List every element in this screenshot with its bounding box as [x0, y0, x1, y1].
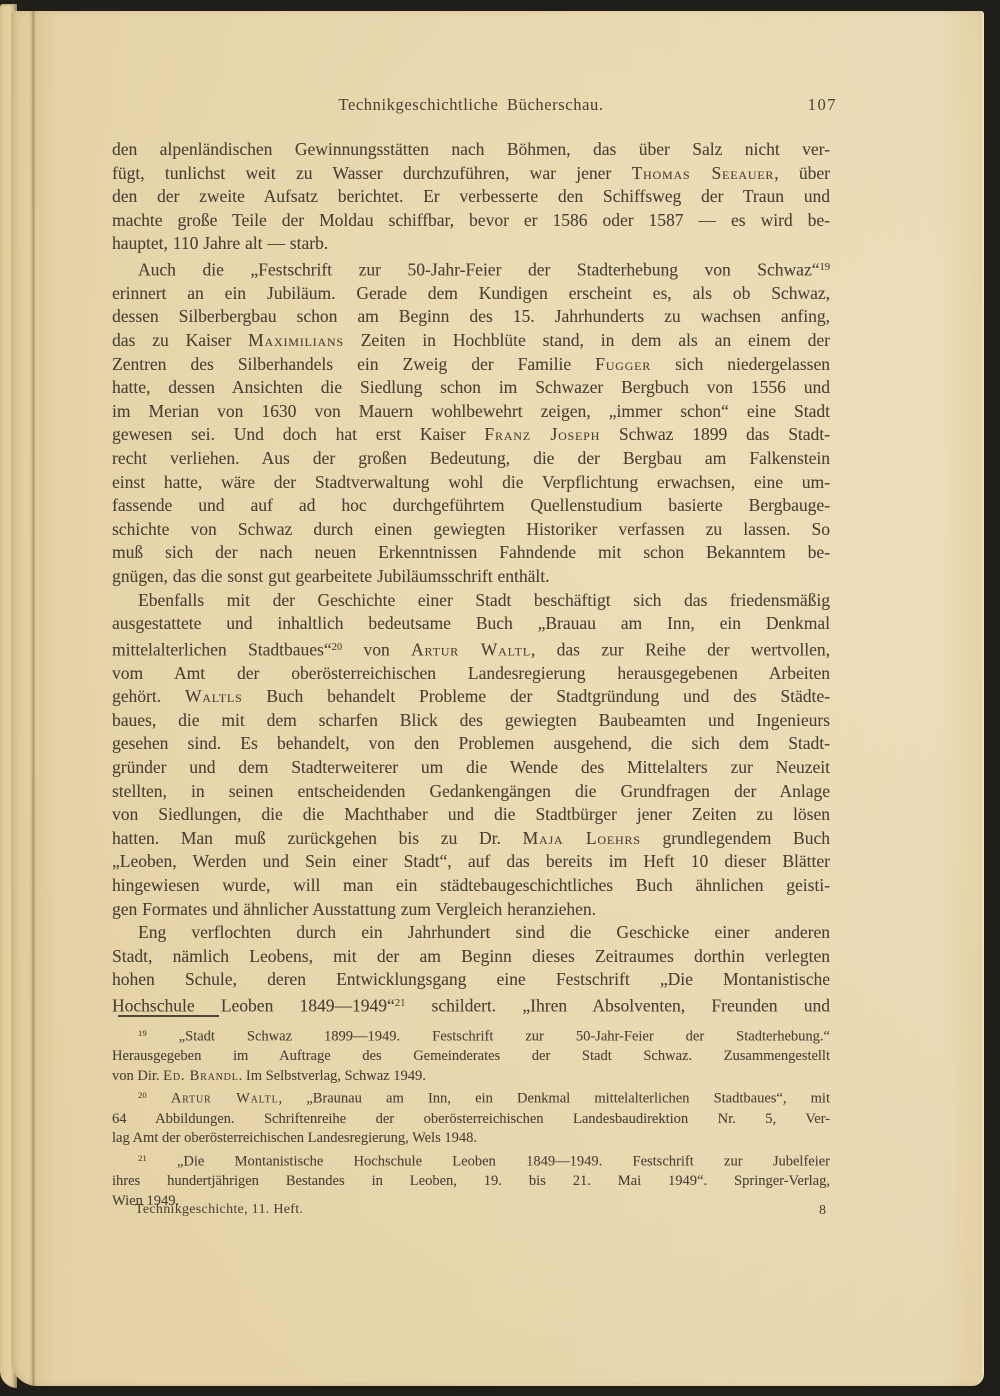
text-run: dessen Silberbergbau schon am Beginn des…: [112, 306, 830, 326]
scan-backdrop: { "header": { "title": "Technikgeschicht…: [0, 0, 1000, 1396]
text-line: muß sich der nach neuen Erkenntnissen Fa…: [112, 541, 830, 565]
running-title: Technikgeschichtliche Bücherschau.: [112, 95, 830, 115]
text-run: grundlegendem Buch: [641, 828, 830, 848]
text-run: [147, 1091, 171, 1107]
body-paragraph: Eng verflochten durch ein Jahrhundert si…: [112, 921, 830, 1018]
small-caps-name: Maximilians: [248, 330, 344, 350]
text-run: Hochschule Leoben 1849—1949“: [112, 995, 395, 1015]
text-line: Eng verflochten durch ein Jahrhundert si…: [112, 921, 830, 945]
text-line: erinnert an ein Jubiläum. Gerade dem Kun…: [112, 282, 830, 306]
text-run: Buch behandelt Probleme der Stadtgründun…: [243, 686, 830, 706]
text-line: von Dir. Ed. Brandl. Im Selbstverlag, Sc…: [112, 1067, 830, 1087]
text-line: hatten. Man muß zurückgehen bis zu Dr. M…: [112, 827, 830, 851]
footnote-ref: 20: [138, 1090, 147, 1100]
text-run: muß sich der nach neuen Erkenntnissen Fa…: [112, 542, 830, 562]
text-run: mittelalterlichen Stadtbaues“: [112, 639, 332, 659]
text-line: Herausgegeben im Auftrage des Gemeindera…: [112, 1047, 830, 1067]
page-footer: Technikgeschichte, 11. Heft. 8: [112, 1202, 830, 1222]
text-line: gnügen, das die sonst gut gearbeitete Ju…: [112, 565, 830, 589]
text-run: hauptet, 110 Jahre alt — starb.: [112, 233, 328, 253]
text-run: Auch die „Festschrift zur 50-Jahr-Feier …: [138, 259, 820, 279]
text-run: den der zweite Aufsatz berichtet. Er ver…: [112, 186, 830, 206]
text-line: ihres hundertjährigen Bestandes in Leobe…: [112, 1172, 830, 1192]
text-line: fügt, tunlichst weit zu Wasser durchzufü…: [112, 162, 830, 186]
text-run: das zu Kaiser: [112, 330, 248, 350]
text-line: 20 Artur Waltl, „Braunau am Inn, ein Den…: [112, 1086, 830, 1109]
text-line: einst hatte, wäre der Stadtverwaltung wo…: [112, 471, 830, 495]
footnote: 20 Artur Waltl, „Braunau am Inn, ein Den…: [112, 1086, 830, 1148]
small-caps-name: Franz Joseph: [484, 424, 600, 444]
text-run: 64 Abbildungen. Schriftenreihe der oberö…: [112, 1111, 830, 1127]
footnote-ref: 21: [395, 998, 406, 1009]
text-run: Zeiten in Hochblüte stand, in dem als an…: [344, 330, 830, 350]
footnote: 19 „Stadt Schwaz 1899—1949. Festschrift …: [112, 1024, 830, 1086]
text-line: den alpenländischen Gewinnungsstätten na…: [112, 138, 830, 162]
text-run: Ebenfalls mit der Geschichte einer Stadt…: [138, 590, 830, 610]
footnote-ref: 20: [332, 642, 343, 653]
text-line: 21 „Die Montanistische Hochschule Leoben…: [112, 1149, 830, 1172]
text-run: „Stadt Schwaz 1899—1949. Festschrift zur…: [147, 1028, 830, 1044]
text-run: machte große Teile der Moldau schiffbar,…: [112, 210, 830, 230]
text-run: , über: [774, 163, 830, 183]
text-line: hingewiesen wurde, will man ein städteba…: [112, 874, 830, 898]
small-caps-name: Ed. Brandl: [163, 1068, 238, 1084]
text-run: im Merian von 1630 von Mauern wohlbewehr…: [112, 401, 830, 421]
page-number: 107: [808, 95, 837, 115]
text-run: recht verliehen. Aus der großen Bedeutun…: [112, 448, 830, 468]
text-run: fassende und auf ad hoc durchgeführtem Q…: [112, 495, 830, 515]
text-run: gewesen sei. Und doch hat erst Kaiser: [112, 424, 484, 444]
text-run: gesehen sind. Es behandelt, von den Prob…: [112, 733, 830, 753]
text-line: recht verliehen. Aus der großen Bedeutun…: [112, 447, 830, 471]
text-line: stellten, in seinen entscheidenden Gedan…: [112, 780, 830, 804]
text-line: gewesen sei. Und doch hat erst Kaiser Fr…: [112, 423, 830, 447]
text-line: lag Amt der oberösterreichischen Landesr…: [112, 1129, 830, 1149]
text-line: Ebenfalls mit der Geschichte einer Stadt…: [112, 589, 830, 613]
text-run: baues, die mit dem scharfen Blick des ge…: [112, 710, 830, 730]
footnote-ref: 21: [138, 1153, 147, 1163]
text-line: schichte von Schwaz durch einen gewiegte…: [112, 518, 830, 542]
text-run: hatte, dessen Ansichten die Siedlung sch…: [112, 377, 830, 397]
text-line: den der zweite Aufsatz berichtet. Er ver…: [112, 185, 830, 209]
text-run: gnügen, das die sonst gut gearbeitete Ju…: [112, 566, 550, 586]
text-run: gründer und dem Stadterweiterer um die W…: [112, 757, 830, 777]
text-run: fügt, tunlichst weit zu Wasser durchzufü…: [112, 163, 632, 183]
text-line: baues, die mit dem scharfen Blick des ge…: [112, 709, 830, 733]
text-line: 19 „Stadt Schwaz 1899—1949. Festschrift …: [112, 1024, 830, 1047]
body-paragraph: Auch die „Festschrift zur 50-Jahr-Feier …: [112, 256, 830, 589]
text-line: fassende und auf ad hoc durchgeführtem Q…: [112, 494, 830, 518]
text-line: vom Amt der oberösterreichischen Landesr…: [112, 662, 830, 686]
text-run: , „Braunau am Inn, ein Denkmal mittelalt…: [278, 1091, 830, 1107]
text-line: von Siedlungen, die die Machthaber und d…: [112, 803, 830, 827]
text-run: erinnert an ein Jubiläum. Gerade dem Kun…: [112, 283, 830, 303]
text-run: schildert. „Ihren Absolventen, Freunden …: [405, 995, 830, 1015]
book-page: Technikgeschichtliche Bücherschau. 107 d…: [11, 11, 984, 1386]
text-line: hohen Schule, deren Entwicklungsgang ein…: [112, 968, 830, 992]
signature-number: 8: [819, 1203, 826, 1219]
text-run: „Die Montanistische Hochschule Leoben 18…: [147, 1153, 830, 1169]
text-run: gehört.: [112, 686, 185, 706]
text-run: vom Amt der oberösterreichischen Landesr…: [112, 663, 830, 683]
text-run: hingewiesen wurde, will man ein städteba…: [112, 875, 830, 895]
text-run: hatten. Man muß zurückgehen bis zu Dr.: [112, 828, 523, 848]
body-paragraph: den alpenländischen Gewinnungsstätten na…: [112, 138, 830, 256]
small-caps-name: Waltls: [185, 686, 243, 706]
text-run: . Im Selbstverlag, Schwaz 1949.: [239, 1068, 426, 1084]
text-line: im Merian von 1630 von Mauern wohlbewehr…: [112, 400, 830, 424]
text-run: ihres hundertjährigen Bestandes in Leobe…: [112, 1173, 830, 1189]
text-run: einst hatte, wäre der Stadtverwaltung wo…: [112, 472, 830, 492]
text-run: sich niedergelassen: [651, 354, 830, 374]
text-run: den alpenländischen Gewinnungsstätten na…: [112, 139, 830, 159]
small-caps-name: Maja Loehrs: [523, 828, 641, 848]
footnote-separator: [118, 1015, 219, 1017]
text-run: „Leoben, Werden und Sein einer Stadt“, a…: [112, 851, 830, 871]
journal-imprint: Technikgeschichte, 11. Heft.: [135, 1202, 303, 1217]
gutter-crease: [29, 11, 38, 1386]
text-line: hauptet, 110 Jahre alt — starb.: [112, 232, 830, 256]
text-run: von Siedlungen, die die Machthaber und d…: [112, 804, 830, 824]
text-line: das zu Kaiser Maximilians Zeiten in Hoch…: [112, 329, 830, 353]
text-run: stellten, in seinen entscheidenden Gedan…: [112, 781, 830, 801]
body-paragraph: Ebenfalls mit der Geschichte einer Stadt…: [112, 589, 830, 922]
text-run: lag Amt der oberösterreichischen Landesr…: [112, 1130, 477, 1146]
small-caps-name: Artur Waltl: [171, 1091, 279, 1107]
text-run: ausgestattete und inhaltlich bedeutsame …: [112, 613, 830, 633]
small-caps-name: Thomas Seeauer: [632, 163, 775, 183]
text-line: Zentren des Silberhandels ein Zweig der …: [112, 353, 830, 377]
text-run: , das zur Reihe der wertvollen,: [531, 639, 830, 659]
text-line: dessen Silberbergbau schon am Beginn des…: [112, 305, 830, 329]
text-run: von: [342, 639, 411, 659]
footnotes-section: 19 „Stadt Schwaz 1899—1949. Festschrift …: [112, 1024, 830, 1211]
text-line: hatte, dessen Ansichten die Siedlung sch…: [112, 376, 830, 400]
text-line: machte große Teile der Moldau schiffbar,…: [112, 209, 830, 233]
text-run: von Dir.: [112, 1068, 163, 1084]
small-caps-name: Fugger: [595, 354, 651, 374]
text-line: gen Formates und ähnlicher Ausstattung z…: [112, 898, 830, 922]
text-run: Stadt, nämlich Leobens, mit der am Begin…: [112, 946, 830, 966]
text-line: Auch die „Festschrift zur 50-Jahr-Feier …: [112, 256, 830, 282]
text-run: Herausgegeben im Auftrage des Gemeindera…: [112, 1048, 830, 1064]
text-line: 64 Abbildungen. Schriftenreihe der oberö…: [112, 1110, 830, 1130]
small-caps-name: Artur Waltl: [411, 639, 531, 659]
text-line: mittelalterlichen Stadtbaues“20 von Artu…: [112, 636, 830, 662]
footnote-ref: 19: [820, 262, 831, 273]
text-run: Zentren des Silberhandels ein Zweig der …: [112, 354, 595, 374]
text-run: schichte von Schwaz durch einen gewiegte…: [112, 519, 830, 539]
footnote-ref: 19: [138, 1028, 147, 1038]
text-line: gründer und dem Stadterweiterer um die W…: [112, 756, 830, 780]
text-run: hohen Schule, deren Entwicklungsgang ein…: [112, 969, 830, 989]
text-run: Schwaz 1899 das Stadt-: [600, 424, 830, 444]
text-line: ausgestattete und inhaltlich bedeutsame …: [112, 612, 830, 636]
body-text: den alpenländischen Gewinnungsstätten na…: [112, 138, 830, 1018]
text-line: gehört. Waltls Buch behandelt Probleme d…: [112, 685, 830, 709]
text-line: „Leoben, Werden und Sein einer Stadt“, a…: [112, 850, 830, 874]
page-header: Technikgeschichtliche Bücherschau. 107: [112, 95, 830, 119]
text-line: Hochschule Leoben 1849—1949“21 schildert…: [112, 992, 830, 1018]
text-run: Eng verflochten durch ein Jahrhundert si…: [138, 922, 830, 942]
text-run: gen Formates und ähnlicher Ausstattung z…: [112, 899, 596, 919]
text-line: gesehen sind. Es behandelt, von den Prob…: [112, 732, 830, 756]
text-line: Stadt, nämlich Leobens, mit der am Begin…: [112, 945, 830, 969]
